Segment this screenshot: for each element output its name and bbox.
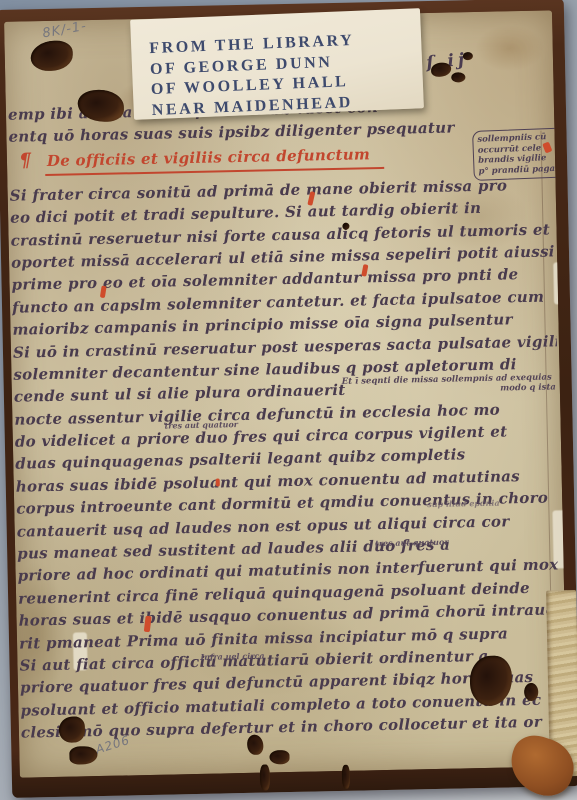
interlinear-note: Infra uel circa	[200, 651, 264, 662]
red-highlight-stroke	[216, 478, 220, 486]
bookplate-label: FROM THE LIBRARY OF GEORGE DUNN OF WOOLL…	[130, 8, 424, 120]
interlinear-note: tres aut quatuor	[164, 419, 238, 431]
pencil-shelfmark: 8K/-1-	[41, 19, 88, 42]
interlinear-note: tres aut quatuor	[375, 537, 449, 549]
manuscript-text: emp ibi aliqua sollempnitas oibz vacet c…	[8, 92, 565, 744]
book-cover: 8K/-1- 4- A206 ri ſ ij emp ibi aliqua so…	[0, 0, 577, 798]
wormhole	[59, 716, 86, 743]
wormhole	[342, 765, 351, 789]
red-paraph-mark: ¶	[19, 149, 32, 171]
interlinear-note: sup illud epdnia	[427, 498, 500, 510]
photo-canvas: 8K/-1- 4- A206 ri ſ ij emp ibi aliqua so…	[0, 0, 577, 800]
wormhole	[247, 735, 263, 755]
rubric-heading: De officiis et vigiliis circa defunctum	[45, 142, 385, 176]
bookplate-text: FROM THE LIBRARY OF GEORGE DUNN OF WOOLL…	[149, 31, 357, 121]
wormhole	[269, 750, 289, 764]
stain	[474, 25, 545, 72]
wormhole	[260, 764, 271, 790]
margin-note-box: sollempniis cū occurrūt cele brandis vig…	[472, 127, 568, 181]
